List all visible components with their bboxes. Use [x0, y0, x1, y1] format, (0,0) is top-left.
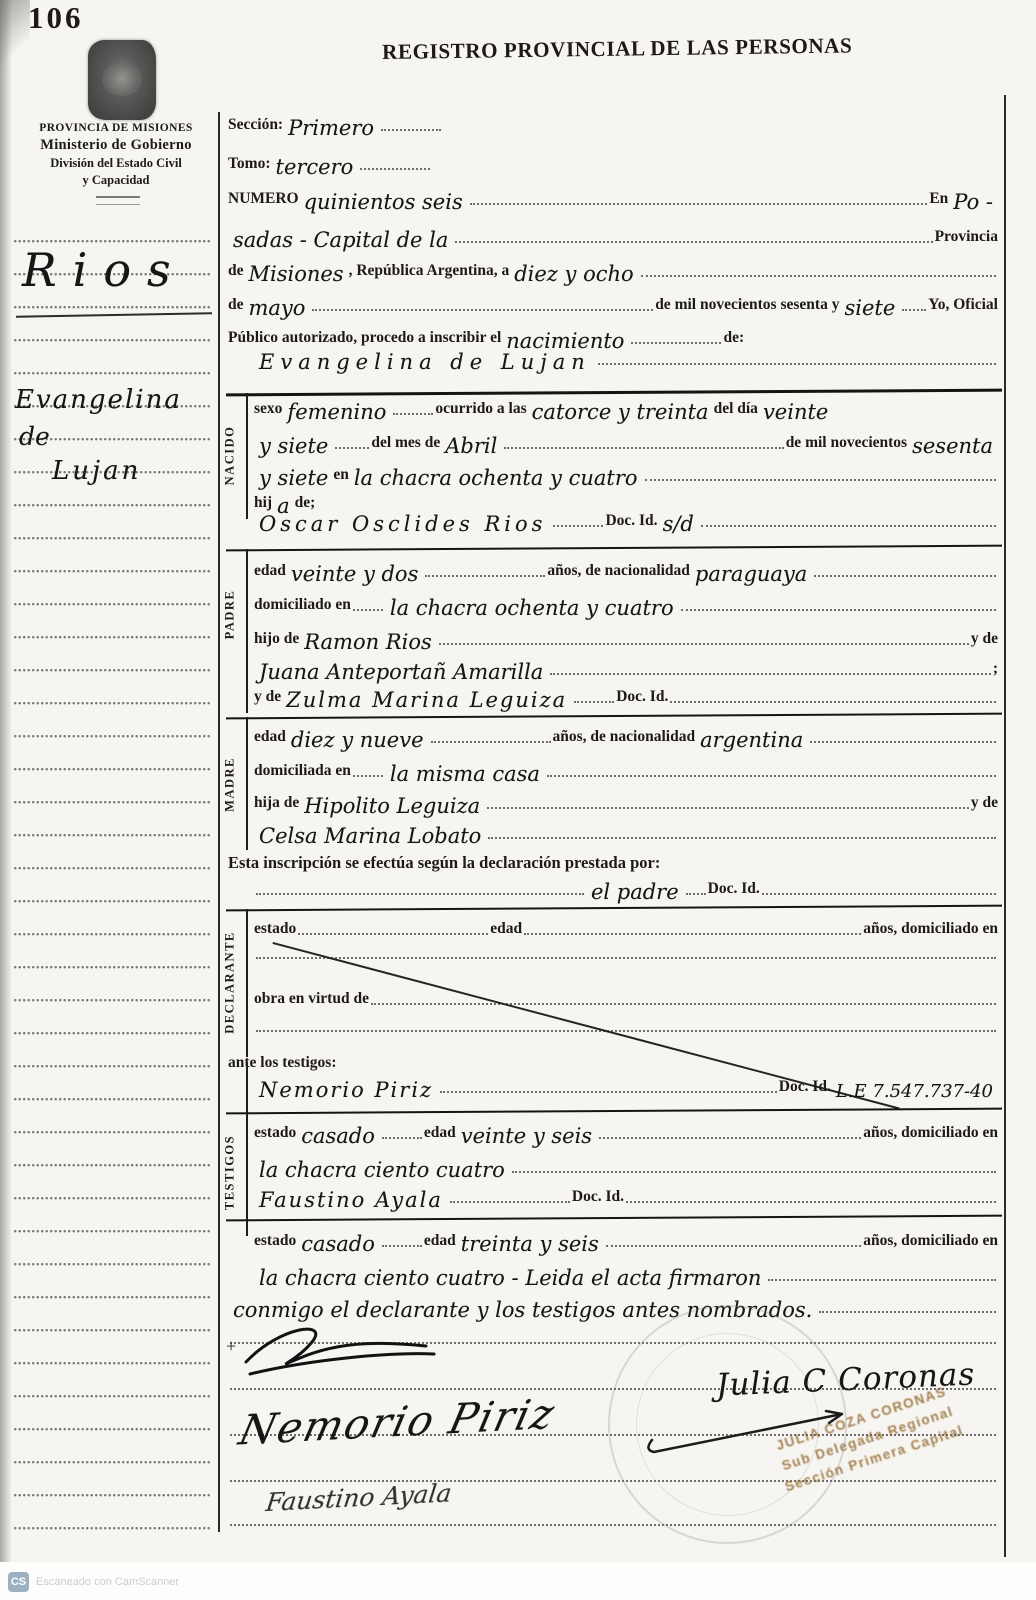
margin-given-name-3: Lujan	[52, 456, 141, 486]
dotted-line	[762, 893, 996, 895]
heavy-underline	[226, 1215, 1002, 1222]
abuela-materna-value: Celsa Marina Lobato	[254, 824, 486, 848]
testigo1-docid-value: L.E 7.547.737-40	[831, 1081, 998, 1102]
dotted-line	[382, 1245, 422, 1247]
docid-label: Doc. Id.	[708, 880, 760, 901]
dotted-line	[230, 1480, 996, 1482]
dotted-line	[547, 775, 996, 777]
scan-edge-shadow	[0, 0, 12, 1600]
madre-nombre-value: Zulma Marina Leguiza	[281, 688, 572, 712]
heavy-underline	[226, 389, 1002, 397]
nombre-inscripto-value: Evangelina de Lujan	[254, 350, 596, 374]
domiciliada-label: domiciliada en	[254, 762, 351, 783]
dia-value: veinte	[758, 400, 833, 424]
letterhead-capacidad: y Capacidad	[14, 173, 218, 188]
en-value: Po -	[948, 190, 998, 214]
dotted-line	[312, 309, 653, 311]
de-label: de:	[723, 329, 744, 350]
domiciliado-label: años, domiciliado en	[863, 1124, 998, 1145]
field-testigo1-domicilio: la chacra ciento cuatro	[254, 1158, 998, 1179]
dotted-line	[550, 673, 990, 675]
field-madre-nombre: y de Zulma Marina Leguiza Doc. Id.	[254, 688, 998, 709]
letterhead-province: PROVINCIA DE MISIONES	[14, 122, 218, 134]
witness1-signature: Nemorio Piriz	[235, 1389, 561, 1454]
abuelo-materno-value: Hipolito Leguiza	[299, 794, 485, 818]
provincia-value: Misiones	[244, 262, 349, 286]
provincia-label: Provincia	[935, 228, 998, 249]
anio-nac-value: sesenta	[907, 434, 998, 458]
blank-ruled-row	[254, 957, 998, 965]
field-nombre-inscripto: Evangelina de Lujan	[254, 350, 998, 371]
dotted-line	[487, 807, 969, 809]
padre-nombre-value: Oscar Osclides Rios	[254, 512, 551, 536]
dia-label: del día	[714, 400, 758, 421]
testigo1-estado-value: casado	[296, 1124, 380, 1148]
field-seccion: Sección: Primero	[228, 116, 998, 137]
edad-label: edad	[254, 562, 286, 583]
pen-mark: +	[226, 1336, 236, 1357]
testigo2-estado-value: casado	[296, 1232, 380, 1256]
section-bracket-declarante	[246, 909, 248, 1057]
field-mes-nacimiento: y siete del mes de Abril de mil novecien…	[254, 434, 998, 455]
dotted-line	[574, 701, 614, 703]
edad-label: edad	[424, 1124, 456, 1145]
scanned-birth-certificate: 106 PROVINCIA DE MISIONES Ministerio de …	[0, 0, 1036, 1600]
domiciliado-label: años, domiciliado en	[863, 920, 998, 941]
field-padre-abuela: Juana Anteportañ Amarilla ;	[254, 660, 998, 681]
docid-label: Doc. Id.	[572, 1188, 624, 1209]
section-label-madre: MADRE	[223, 725, 238, 845]
ministry-ink-seal	[88, 40, 156, 120]
anio-value: siete	[839, 296, 900, 320]
dotted-line	[393, 413, 433, 415]
y-de-label: y de	[254, 688, 281, 709]
dotted-line	[440, 1091, 777, 1093]
publico-label: Público autorizado, procedo a inscribir …	[228, 329, 501, 350]
edad-label: edad	[424, 1232, 456, 1253]
field-testigo2-nombre: Faustino Ayala Doc. Id.	[254, 1188, 998, 1209]
mes-label: del mes de	[371, 434, 440, 455]
section-bracket-testigos	[246, 1062, 248, 1236]
blank-ruled-row	[228, 1524, 998, 1532]
estado-label: estado	[254, 1124, 296, 1145]
field-numero: NUMERO quinientos seis En Po -	[228, 190, 998, 211]
dotted-line	[439, 643, 969, 645]
section-bracket-padre	[246, 549, 248, 713]
dotted-line	[360, 168, 430, 170]
dotted-line	[504, 447, 783, 449]
dotted-line	[353, 775, 383, 777]
padre-docid-value: s/d	[658, 512, 699, 536]
numero-label: NUMERO	[228, 190, 299, 211]
padre-nacionalidad-value: paraguaya	[690, 562, 812, 586]
field-madre-edad: edad diez y nueve años, de nacionalidad …	[254, 728, 998, 749]
dotted-line	[298, 933, 488, 935]
field-testigo1-nombre: Nemorio Piriz Doc. Id. L.E 7.547.737-40	[254, 1078, 998, 1099]
declarante-value: el padre	[586, 880, 684, 904]
dotted-line	[641, 275, 996, 277]
testigos-intro-text: ante los testigos:	[228, 1054, 337, 1075]
dotted-line	[450, 1201, 570, 1203]
testigo1-domicilio-value: la chacra ciento cuatro	[254, 1158, 510, 1182]
dotted-line	[382, 1137, 422, 1139]
dotted-line	[553, 525, 603, 527]
testigos-intro: ante los testigos:	[228, 1054, 998, 1075]
dotted-line	[626, 1201, 996, 1203]
dotted-line	[768, 1279, 996, 1281]
ciudad-value: sadas - Capital de la	[228, 228, 453, 252]
madre-domicilio-value: la misma casa	[385, 762, 545, 786]
scan-corner-fold	[0, 0, 30, 70]
field-testigo1-estado: estado casado edad veinte y seis años, d…	[254, 1124, 998, 1145]
en-label: En	[929, 190, 948, 211]
docid-label: Doc. Id.	[605, 512, 657, 533]
camscanner-watermark-text: Escaneado con CamScanner	[36, 1576, 179, 1588]
dotted-line	[686, 893, 706, 895]
section-label-padre: PADRE	[223, 555, 238, 675]
field-padre-domicilio: domiciliado en la chacra ochenta y cuatr…	[254, 596, 998, 617]
dotted-line	[335, 447, 369, 449]
field-declarante: el padre Doc. Id.	[254, 880, 998, 901]
field-madre-abuela: Celsa Marina Lobato	[254, 824, 998, 845]
edad-label: edad	[490, 920, 522, 941]
heavy-underline	[226, 713, 1002, 720]
dotted-line	[810, 741, 996, 743]
docid-label: Doc. Id.	[616, 688, 668, 709]
hija-de-label: hija de	[254, 794, 299, 815]
heavy-underline	[226, 545, 1002, 552]
acta-cierre: conmigo el declarante y los testigos ant…	[228, 1298, 998, 1319]
field-padre-abuelo: hijo de Ramon Rios y de	[254, 630, 998, 651]
sexo-value: femenino	[282, 400, 391, 424]
seccion-value: Primero	[283, 116, 379, 140]
section-label-nacido: NACIDO	[223, 396, 238, 516]
dotted-line	[631, 342, 721, 344]
vertical-divider	[218, 112, 220, 1532]
abuela-paterna-value: Juana Anteportañ Amarilla	[254, 660, 548, 684]
testigo2-domicilio-value: la chacra ciento cuatro - Leida el acta …	[254, 1266, 766, 1290]
letterhead-ministry: Ministerio de Gobierno	[14, 137, 218, 154]
declaracion-intro: Esta inscripción se efectúa según la dec…	[228, 853, 998, 876]
field-sexo-hora: sexo femenino ocurrido a las catorce y t…	[254, 400, 998, 421]
mes-nac-value: Abril	[440, 434, 502, 458]
de-label: de	[228, 262, 244, 283]
field-declarante-estado: estado edad años, domiciliado en	[254, 920, 998, 941]
testigo2-edad-value: treinta y seis	[456, 1232, 604, 1256]
tomo-label: Tomo:	[228, 155, 271, 176]
testigo1-edad-value: veinte y seis	[456, 1124, 597, 1148]
dotted-line	[524, 933, 861, 935]
mil-label: de mil novecientos	[786, 434, 907, 455]
letterhead-ornament	[96, 196, 140, 205]
numero-value: quinientos seis	[299, 190, 468, 214]
dotted-line	[645, 479, 996, 481]
dotted-line	[819, 1311, 996, 1313]
estado-label: estado	[254, 1232, 296, 1253]
fecha-dia-value: diez y ocho	[509, 262, 638, 286]
hijo-de-label: hijo de	[254, 630, 299, 651]
dotted-line	[814, 575, 996, 577]
mes-value: mayo	[244, 296, 311, 320]
dotted-line	[670, 701, 996, 703]
field-provincia-fecha: de Misiones , República Argentina, a die…	[228, 262, 998, 283]
nacionalidad-label: años, de nacionalidad	[553, 728, 696, 749]
field-acto: Público autorizado, procedo a inscribir …	[228, 329, 998, 350]
field-testigo2-estado: estado casado edad treinta y seis años, …	[254, 1232, 998, 1253]
yo-oficial-label: Yo, Oficial	[928, 296, 998, 317]
field-testigo2-domicilio: la chacra ciento cuatro - Leida el acta …	[254, 1266, 998, 1287]
dotted-line	[455, 241, 932, 243]
lugar-nac-value: la chacra ochenta y cuatro	[349, 466, 643, 490]
obra-label: obra en virtud de	[254, 990, 369, 1011]
dotted-line	[599, 1137, 861, 1139]
letterhead-division: División del Estado Civil	[14, 156, 218, 171]
margin-given-name-1: Evangelina	[15, 385, 182, 415]
tomo-value: tercero	[271, 155, 359, 179]
y-de-label: y de	[971, 794, 998, 815]
dotted-line	[431, 741, 551, 743]
domiciliado-label: años, domiciliado en	[863, 1232, 998, 1253]
estado-label: estado	[254, 920, 296, 941]
form-body: Sección: Primero Tomo: tercero NUMERO qu…	[218, 0, 1006, 1600]
camscanner-badge: CS	[8, 1572, 29, 1592]
padre-domicilio-value: la chacra ochenta y cuatro	[385, 596, 679, 620]
section-bracket-madre	[246, 717, 248, 850]
dotted-line	[902, 309, 926, 311]
field-obra-en-virtud: obra en virtud de	[254, 990, 998, 1011]
dotted-line	[470, 203, 928, 205]
testigo1-nombre-value: Nemorio Piriz	[254, 1078, 438, 1102]
docid-label: Doc. Id.	[779, 1078, 831, 1099]
dotted-line	[425, 575, 545, 577]
heavy-underline	[226, 905, 1002, 912]
field-padre-nombre: Oscar Osclides Rios Doc. Id. s/d	[254, 512, 998, 533]
hora-value: catorce y treinta	[527, 400, 714, 424]
section-bracket-nacido	[246, 393, 248, 519]
punct: ;	[993, 660, 998, 681]
nacionalidad-label: años, de nacionalidad	[547, 562, 690, 583]
padre-edad-value: veinte y dos	[286, 562, 423, 586]
field-ciudad: sadas - Capital de la Provincia	[228, 228, 998, 249]
dotted-line	[381, 129, 441, 131]
page-number: 106	[28, 0, 84, 36]
declaracion-intro-text: Esta inscripción se efectúa según la dec…	[228, 853, 660, 876]
field-madre-abuelo: hija de Hipolito Leguiza y de	[254, 794, 998, 815]
field-padre-edad: edad veinte y dos años, de nacionalidad …	[254, 562, 998, 583]
dia-cont-value: y siete	[254, 434, 333, 458]
dotted-line	[488, 837, 996, 839]
field-lugar-nacimiento: y siete en la chacra ochenta y cuatro	[254, 466, 998, 487]
dotted-line	[512, 1171, 996, 1173]
edad-label: edad	[254, 728, 286, 749]
republica-label: , República Argentina, a	[349, 262, 510, 283]
domiciliado-label: domiciliado en	[254, 596, 351, 617]
sexo-label: sexo	[254, 400, 282, 421]
dotted-line	[371, 1003, 996, 1005]
section-label-declarante: DECLARANTE	[223, 923, 238, 1043]
dotted-line	[598, 363, 996, 365]
section-label-testigos: TESTIGOS	[223, 1113, 238, 1233]
testigo2-nombre-value: Faustino Ayala	[254, 1188, 448, 1212]
declarant-signature	[238, 1318, 448, 1384]
margin-surname: Rios	[22, 243, 187, 297]
abuelo-paterno-value: Ramon Rios	[299, 630, 437, 654]
de-label: de	[228, 296, 244, 317]
dotted-line	[230, 1524, 996, 1526]
margin-given-name-2: de	[19, 422, 50, 451]
dotted-line	[256, 957, 996, 959]
madre-edad-value: diez y nueve	[286, 728, 429, 752]
dotted-line	[701, 525, 996, 527]
en-label: en	[333, 466, 349, 487]
anio-cont-value: y siete	[254, 466, 333, 490]
field-mes-anio: de mayo de mil novecientos sesenta y sie…	[228, 296, 998, 317]
seal-inner-emblem	[102, 62, 142, 96]
ocurrido-label: ocurrido a las	[435, 400, 526, 421]
dotted-line	[256, 893, 584, 895]
dotted-line	[256, 1030, 996, 1032]
field-tomo: Tomo: tercero	[228, 155, 998, 176]
dotted-line	[353, 609, 383, 611]
madre-nacionalidad-value: argentina	[695, 728, 808, 752]
y-de-label: y de	[971, 630, 998, 651]
seccion-label: Sección:	[228, 116, 283, 137]
dotted-line	[681, 609, 996, 611]
dotted-line	[606, 1245, 861, 1247]
field-madre-domicilio: domiciliada en la misma casa	[254, 762, 998, 783]
millar-label: de mil novecientos sesenta y	[655, 296, 839, 317]
heavy-underline	[226, 1108, 1002, 1115]
